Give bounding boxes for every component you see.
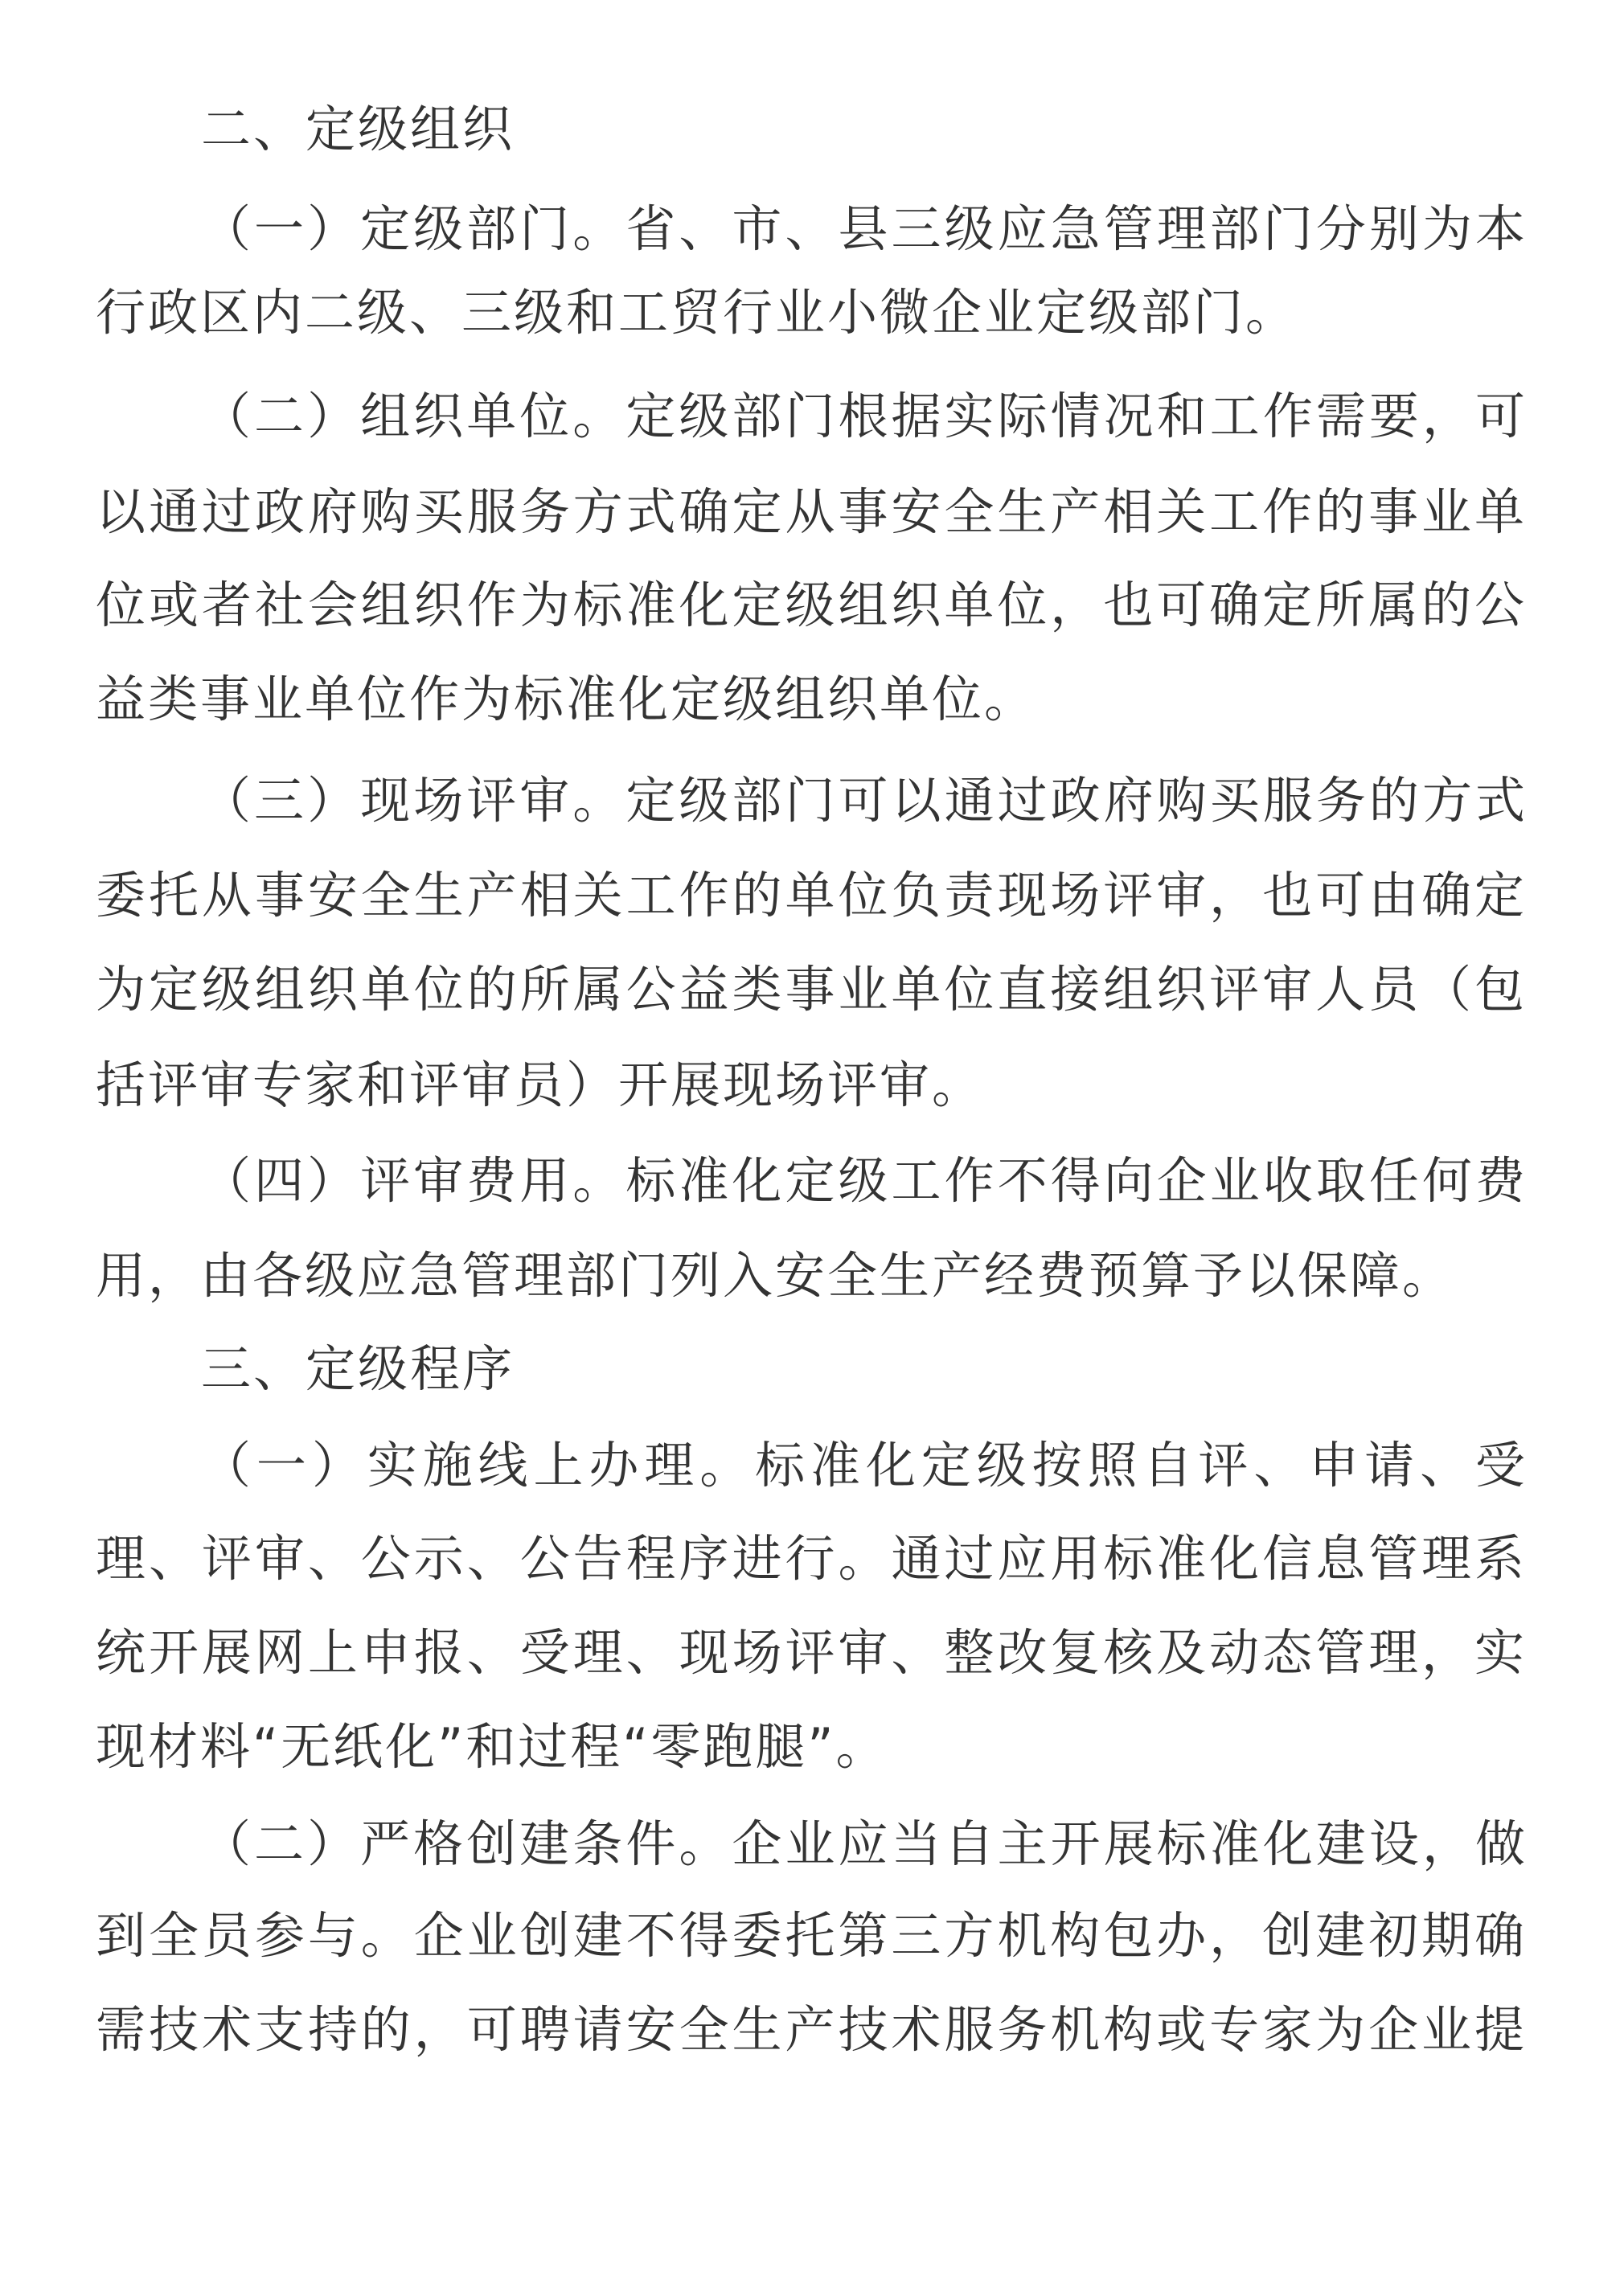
paragraph-line: 委托从事安全生产相关工作的单位负责现场评审，也可由确定: [96, 848, 1527, 943]
paragraph-line: （三）现场评审。定级部门可以通过政府购买服务的方式: [201, 753, 1528, 848]
section-heading-3: 三、定级程序: [201, 1322, 1528, 1417]
paragraph-line: 益类事业单位作为标准化定级组织单位。: [96, 652, 1527, 747]
paragraph-line: 统开展网上申报、受理、现场评审、整改复核及动态管理，实: [96, 1605, 1527, 1700]
paragraph-line: 位或者社会组织作为标准化定级组织单位，也可确定所属的公: [96, 558, 1527, 653]
paragraph-line: （四）评审费用。标准化定级工作不得向企业收取任何费: [201, 1134, 1528, 1228]
paragraph-line: （一）实施线上办理。标准化定级按照自评、申请、受: [201, 1418, 1528, 1513]
section-heading-2: 二、定级组织: [201, 82, 1528, 177]
paragraph-line: 以通过政府购买服务方式确定从事安全生产相关工作的事业单: [96, 465, 1527, 560]
paragraph-line: （二）组织单位。定级部门根据实际情况和工作需要，可: [201, 369, 1528, 464]
paragraph-line: 为定级组织单位的所属公益类事业单位直接组织评审人员（包: [96, 942, 1527, 1037]
paragraph-line: （二）严格创建条件。企业应当自主开展标准化建设，做: [201, 1797, 1528, 1892]
paragraph-line: 括评审专家和评审员）开展现场评审。: [96, 1038, 1527, 1133]
paragraph-line: 现材料“无纸化”和过程“零跑腿”。: [96, 1699, 1527, 1794]
document-page: 二、定级组织 （一）定级部门。省、市、县三级应急管理部门分别为本 行政区内二级、…: [0, 0, 1624, 2296]
paragraph-line: 到全员参与。企业创建不得委托第三方机构包办，创建初期确: [96, 1888, 1527, 1983]
paragraph-line: 理、评审、公示、公告程序进行。通过应用标准化信息管理系: [96, 1511, 1527, 1606]
paragraph-line: 需技术支持的，可聘请安全生产技术服务机构或专家为企业提: [96, 1982, 1527, 2077]
paragraph-line: 行政区内二级、三级和工贸行业小微企业定级部门。: [96, 265, 1527, 360]
paragraph-line: 用，由各级应急管理部门列入安全生产经费预算予以保障。: [96, 1228, 1527, 1323]
paragraph-line: （一）定级部门。省、市、县三级应急管理部门分别为本: [201, 182, 1528, 277]
